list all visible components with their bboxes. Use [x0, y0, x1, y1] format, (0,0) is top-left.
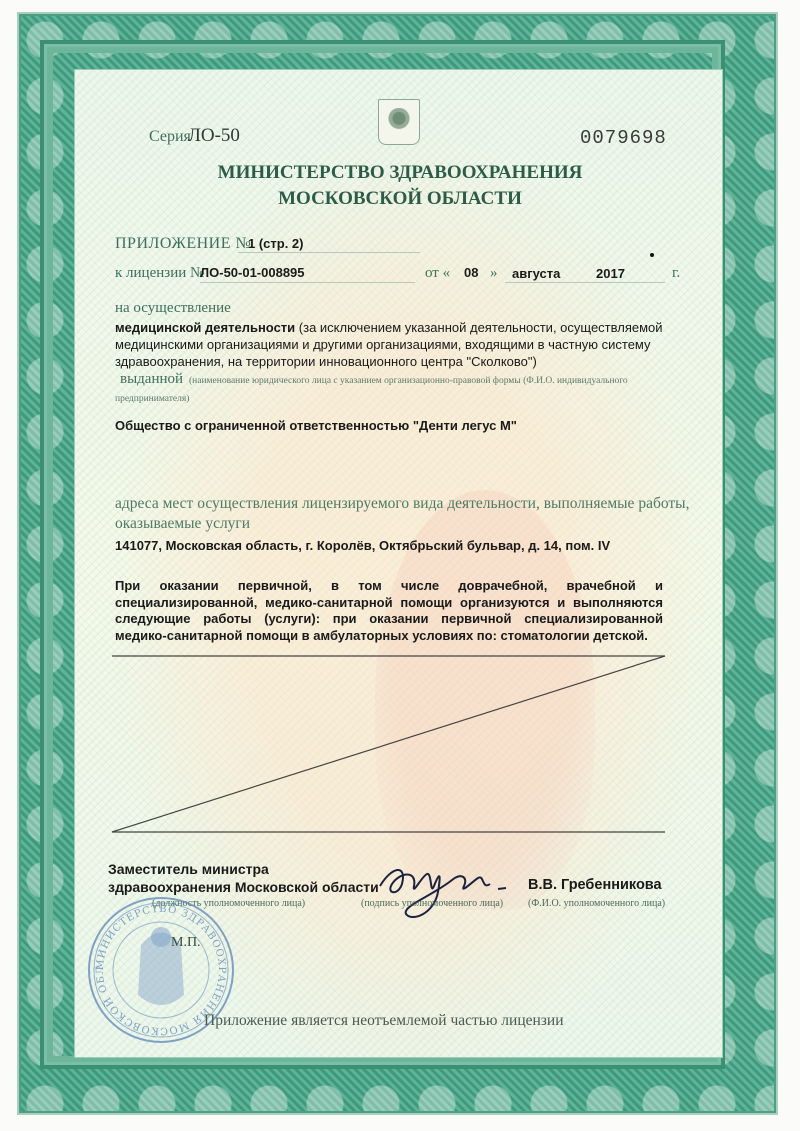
- license-underline: [200, 282, 415, 283]
- ministry-title-line2: МОСКОВСКОЙ ОБЛАСТИ: [0, 188, 800, 210]
- activity-description: медицинской деятельности (за исключением…: [115, 319, 675, 370]
- license-number: ЛО-50-01-008895: [200, 265, 305, 280]
- footer-note: Приложение является неотъемлемой частью …: [204, 1012, 564, 1030]
- coat-of-arms-icon: [378, 99, 420, 145]
- series-label: Серия: [149, 128, 191, 146]
- ink-dot: [650, 253, 654, 257]
- date-underline: [505, 282, 665, 283]
- appendix-number: 1 (стр. 2): [248, 236, 304, 251]
- ministry-title-line1: МИНИСТЕРСТВО ЗДРАВООХРАНЕНИЯ: [0, 162, 800, 184]
- license-appendix-page: Серия ЛО-50 0079698 МИНИСТЕРСТВО ЗДРАВОО…: [0, 0, 800, 1131]
- handwritten-signature: [372, 856, 522, 926]
- date-month: августа: [512, 266, 560, 281]
- year-suffix: г.: [672, 265, 680, 282]
- appendix-label: ПРИЛОЖЕНИЕ №: [115, 235, 251, 253]
- caption-name: (Ф.И.О. уполномоченного лица): [528, 898, 665, 909]
- seal-place-label: М.П.: [171, 935, 201, 951]
- appendix-underline: [238, 252, 420, 253]
- issued-note-continued: предпринимателя): [115, 394, 189, 404]
- organization-name: Общество с ограниченной ответственностью…: [115, 418, 517, 433]
- date-day: 08: [464, 265, 478, 280]
- watermark-emblem: [375, 490, 595, 910]
- services-description: При оказании первичной, в том числе довр…: [115, 578, 663, 644]
- activity-type: медицинской деятельности: [115, 320, 295, 335]
- issued-note: (наименование юридического лица с указан…: [189, 376, 628, 386]
- date-prefix: от «: [425, 265, 450, 282]
- license-prefix: к лицензии №: [115, 265, 204, 282]
- date-close-quote: »: [490, 265, 498, 282]
- signatory-position: Заместитель министра здравоохранения Мос…: [108, 860, 388, 896]
- date-year: 2017: [596, 266, 625, 281]
- form-number: 0079698: [580, 127, 667, 149]
- caption-signature: (подпись уполномоченного лица): [361, 898, 503, 909]
- issued-label: выданной: [120, 371, 183, 388]
- signatory-name: В.В. Гребенникова: [528, 877, 662, 893]
- series-value: ЛО-50: [188, 125, 240, 147]
- address-label: адреса мест осуществления лицензируемого…: [115, 494, 695, 534]
- activity-label: на осуществление: [115, 300, 231, 317]
- address-value: 141077, Московская область, г. Королёв, …: [115, 538, 610, 553]
